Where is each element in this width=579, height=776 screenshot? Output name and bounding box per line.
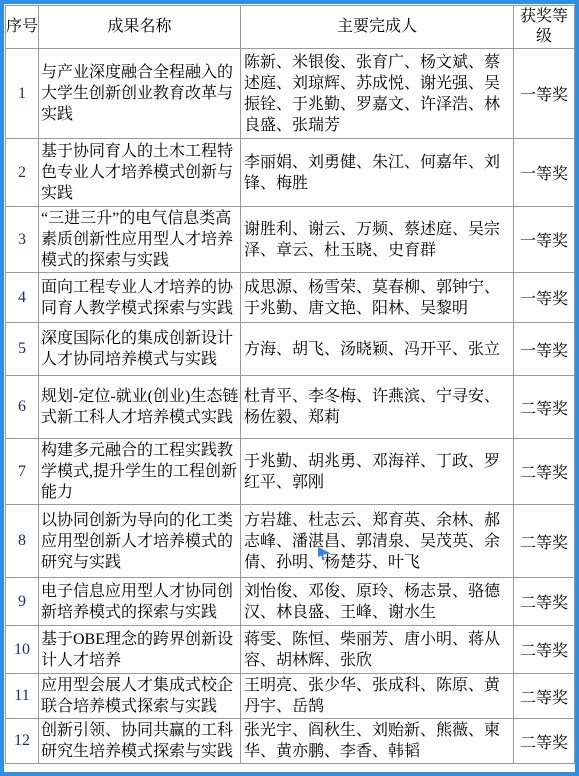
cell-achievement-name: “三进三升”的电气信息类高素质创新性应用型人才培养模式的探索与实践 bbox=[39, 207, 241, 273]
table-row: 4 面向工程专业人才培养的协同育人教学模式探索与实践 成思源、杨雪荣、莫春柳、郭… bbox=[6, 273, 575, 323]
header-row: 序号 成果名称 主要完成人 获奖等级 bbox=[6, 6, 575, 49]
cell-award-level: 一等奖 bbox=[514, 323, 575, 376]
awards-table-frame: 序号 成果名称 主要完成人 获奖等级 1 与产业深度融合全程融入的大学生创新创业… bbox=[0, 0, 579, 776]
cell-row-number: 3 bbox=[6, 207, 39, 273]
cell-row-number: 8 bbox=[6, 505, 39, 578]
cell-contributors: 谢胜利、谢云、万频、蔡述庭、吴宗泽、章云、杜玉晓、史育群 bbox=[241, 207, 514, 273]
cell-contributors: 杜青平、李冬梅、许燕滨、宁寻安、杨佐毅、郑莉 bbox=[241, 376, 514, 439]
table-row: 12 创新引领、协同共赢的工科研究生培养模式探索与实践 张光宇、阎秋生、刘贻新、… bbox=[6, 719, 575, 764]
cell-award-level: 二等奖 bbox=[514, 719, 575, 764]
cell-contributors: 陈新、米银俊、张育广、杨文斌、蔡述庭、刘琼辉、苏成悦、谢光强、吴振铨、于兆勤、罗… bbox=[241, 49, 514, 139]
table-row: 10 基于OBE理念的跨界创新设计人才培养 蒋雯、陈恒、柴丽芳、唐小明、蒋从容、… bbox=[6, 626, 575, 674]
cell-award-level: 一等奖 bbox=[514, 273, 575, 323]
cell-achievement-name: 电子信息应用型人才协同创新培养模式的探索与实践 bbox=[39, 578, 241, 626]
cell-contributors: 于兆勤、胡兆勇、邓海祥、丁政、罗红平、郭刚 bbox=[241, 439, 514, 505]
cell-row-number: 12 bbox=[6, 719, 39, 764]
cell-achievement-name: 与产业深度融合全程融入的大学生创新创业教育改革与实践 bbox=[39, 49, 241, 139]
col-header-contributors: 主要完成人 bbox=[241, 6, 514, 49]
cell-achievement-name: 基于OBE理念的跨界创新设计人才培养 bbox=[39, 626, 241, 674]
cell-contributors: 李丽娟、刘勇健、朱江、何嘉年、刘锋、梅胜 bbox=[241, 139, 514, 207]
table-row: 11 应用型会展人才集成式校企联合培养模式探索与实践 王明亮、张少华、张成科、陈… bbox=[6, 674, 575, 719]
cell-achievement-name: 规划-定位-就业(创业)生态链式新工科人才培养模式实践 bbox=[39, 376, 241, 439]
cell-award-level: 一等奖 bbox=[514, 207, 575, 273]
cell-achievement-name: 应用型会展人才集成式校企联合培养模式探索与实践 bbox=[39, 674, 241, 719]
cell-row-number: 10 bbox=[6, 626, 39, 674]
cell-row-number: 6 bbox=[6, 376, 39, 439]
cell-award-level: 二等奖 bbox=[514, 376, 575, 439]
col-header-name: 成果名称 bbox=[39, 6, 241, 49]
table-row: 1 与产业深度融合全程融入的大学生创新创业教育改革与实践 陈新、米银俊、张育广、… bbox=[6, 49, 575, 139]
cell-award-level: 二等奖 bbox=[514, 626, 575, 674]
cell-contributors: 王明亮、张少华、张成科、陈原、黄丹宇、岳鹄 bbox=[241, 674, 514, 719]
cell-award-level: 一等奖 bbox=[514, 49, 575, 139]
col-header-level: 获奖等级 bbox=[514, 6, 575, 49]
cell-row-number: 4 bbox=[6, 273, 39, 323]
cell-row-number: 9 bbox=[6, 578, 39, 626]
cell-contributors: 蒋雯、陈恒、柴丽芳、唐小明、蒋从容、胡林辉、张欣 bbox=[241, 626, 514, 674]
cell-achievement-name: 以协同创新为导向的化工类应用型创新人才培养模式的研究与实践 bbox=[39, 505, 241, 578]
cell-award-level: 二等奖 bbox=[514, 439, 575, 505]
cell-row-number: 2 bbox=[6, 139, 39, 207]
cell-award-level: 一等奖 bbox=[514, 139, 575, 207]
table-row: 2 基于协同育人的土木工程特色专业人才培养模式创新与实践 李丽娟、刘勇健、朱江、… bbox=[6, 139, 575, 207]
cell-row-number: 1 bbox=[6, 49, 39, 139]
cell-row-number: 7 bbox=[6, 439, 39, 505]
cell-row-number: 11 bbox=[6, 674, 39, 719]
cell-contributors: 张光宇、阎秋生、刘贻新、熊薇、柬华、黄亦鹏、李香、韩韬 bbox=[241, 719, 514, 764]
cell-achievement-name: 创新引领、协同共赢的工科研究生培养模式探索与实践 bbox=[39, 719, 241, 764]
table-row: 9 电子信息应用型人才协同创新培养模式的探索与实践 刘怡俊、邓俊、原玲、杨志景、… bbox=[6, 578, 575, 626]
table-body: 1 与产业深度融合全程融入的大学生创新创业教育改革与实践 陈新、米银俊、张育广、… bbox=[6, 49, 575, 764]
col-header-no: 序号 bbox=[6, 6, 39, 49]
cell-row-number: 5 bbox=[6, 323, 39, 376]
awards-table: 序号 成果名称 主要完成人 获奖等级 1 与产业深度融合全程融入的大学生创新创业… bbox=[5, 5, 575, 764]
table-row: 7 构建多元融合的工程实践教学模式,提升学生的工程创新能力 于兆勤、胡兆勇、邓海… bbox=[6, 439, 575, 505]
cell-achievement-name: 构建多元融合的工程实践教学模式,提升学生的工程创新能力 bbox=[39, 439, 241, 505]
cell-award-level: 二等奖 bbox=[514, 578, 575, 626]
cell-award-level: 二等奖 bbox=[514, 505, 575, 578]
cell-contributors: 方岩雄、杜志云、郑育英、余林、郝志峰、潘湛昌、郭清泉、吴茂英、余倩、孙明、杨楚芬… bbox=[241, 505, 514, 578]
cell-achievement-name: 深度国际化的集成创新设计人才协同培养模式与实践 bbox=[39, 323, 241, 376]
cell-achievement-name: 面向工程专业人才培养的协同育人教学模式探索与实践 bbox=[39, 273, 241, 323]
cell-contributors: 刘怡俊、邓俊、原玲、杨志景、骆德汉、林良盛、王峰、谢水生 bbox=[241, 578, 514, 626]
cell-achievement-name: 基于协同育人的土木工程特色专业人才培养模式创新与实践 bbox=[39, 139, 241, 207]
table-row: 8 以协同创新为导向的化工类应用型创新人才培养模式的研究与实践 方岩雄、杜志云、… bbox=[6, 505, 575, 578]
cell-contributors: 成思源、杨雪荣、莫春柳、郭钟宁、于兆勤、唐文艳、阳林、吴黎明 bbox=[241, 273, 514, 323]
table-row: 5 深度国际化的集成创新设计人才协同培养模式与实践 方海、胡飞、汤晓颖、冯开平、… bbox=[6, 323, 575, 376]
table-row: 3 “三进三升”的电气信息类高素质创新性应用型人才培养模式的探索与实践 谢胜利、… bbox=[6, 207, 575, 273]
table-row: 6 规划-定位-就业(创业)生态链式新工科人才培养模式实践 杜青平、李冬梅、许燕… bbox=[6, 376, 575, 439]
cell-award-level: 二等奖 bbox=[514, 674, 575, 719]
cell-contributors: 方海、胡飞、汤晓颖、冯开平、张立 bbox=[241, 323, 514, 376]
